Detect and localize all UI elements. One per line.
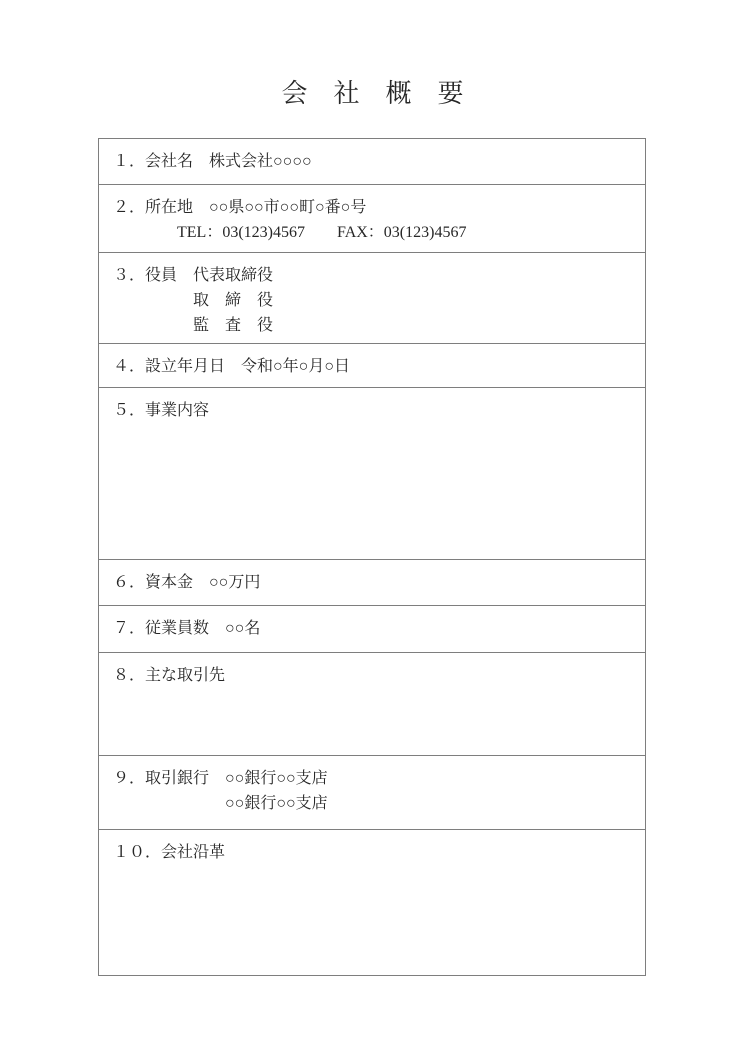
bank-branch-2-text: ○○銀行○○支店	[113, 791, 639, 816]
company-overview-table: １．会社名 株式会社○○○○ ２．所在地 ○○県○○市○○町○番○号 TEL：0…	[98, 138, 646, 976]
business-description-text: ５．事業内容	[113, 398, 639, 423]
bank-branch-1-text: ９．取引銀行 ○○銀行○○支店	[113, 766, 639, 791]
officers-auditor-text: 監 査 役	[113, 313, 639, 338]
page-title: 会 社 概 要	[0, 81, 745, 107]
row-address: ２．所在地 ○○県○○市○○町○番○号 TEL：03(123)4567 FAX：…	[99, 185, 645, 253]
row-officers: ３．役員 代表取締役 取 締 役 監 査 役	[99, 253, 645, 344]
employees-text: ７．従業員数 ○○名	[113, 616, 639, 641]
company-history-text: １０．会社沿革	[113, 840, 639, 865]
officers-representative-director-text: ３．役員 代表取締役	[113, 263, 639, 288]
address-text: ２．所在地 ○○県○○市○○町○番○号	[113, 195, 639, 220]
establishment-date-text: ４．設立年月日 令和○年○月○日	[113, 354, 639, 379]
address-tel-fax-text: TEL：03(123)4567 FAX：03(123)4567	[113, 220, 639, 245]
row-banks: ９．取引銀行 ○○銀行○○支店 ○○銀行○○支店	[99, 756, 645, 830]
capital-text: ６．資本金 ○○万円	[113, 570, 639, 595]
row-establishment-date: ４．設立年月日 令和○年○月○日	[99, 344, 645, 388]
main-clients-text: ８．主な取引先	[113, 663, 639, 688]
company-name-text: １．会社名 株式会社○○○○	[113, 149, 639, 174]
row-capital: ６．資本金 ○○万円	[99, 560, 645, 606]
row-company-history: １０．会社沿革	[99, 830, 645, 975]
officers-director-text: 取 締 役	[113, 288, 639, 313]
row-company-name: １．会社名 株式会社○○○○	[99, 139, 645, 185]
row-employees: ７．従業員数 ○○名	[99, 606, 645, 653]
row-business-description: ５．事業内容	[99, 388, 645, 560]
row-main-clients: ８．主な取引先	[99, 653, 645, 756]
